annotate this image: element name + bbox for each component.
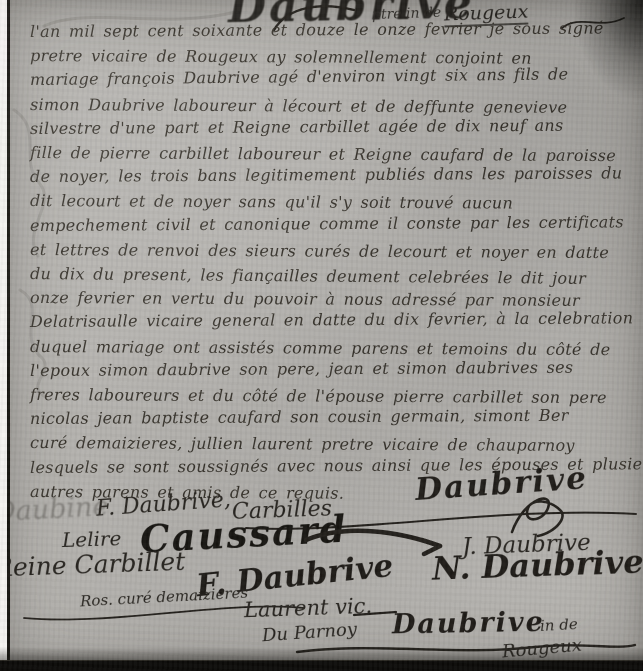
signature-reine-carbillet: Reine Carbillet — [0, 547, 186, 583]
manuscript-page: Daubrive ptre in de Rougeux l'an mil sep… — [0, 0, 643, 671]
manuscript-line: mariage françois Daubrive agé d'environ … — [30, 62, 637, 93]
signature-du-parnoy: Du Parnoy — [261, 619, 357, 647]
signature-n-daubrive: N. Daubrive — [431, 542, 643, 587]
manuscript-line: et lettres de renvoi des sieurs curés de… — [30, 238, 637, 265]
manuscript-line: l'an mil sept cent soixante et douze le … — [30, 16, 637, 44]
signature-daubrive-vicaire-rougeux: Daubrive — [392, 607, 545, 641]
signature-lelire: Lelire — [62, 526, 122, 552]
page-gutter-shadow — [0, 647, 643, 661]
manuscript-line: Delatrisaulle vicaire general en datte d… — [30, 307, 637, 335]
scan-bottom-edge — [0, 660, 643, 671]
scan-left-margin — [0, 0, 7, 671]
manuscript-line: empechement civil et canonique comme il … — [30, 210, 637, 238]
signature-fragment-in-de: in de — [540, 615, 579, 635]
manuscript-line: de noyer, les trois bans legitimement pu… — [30, 162, 637, 190]
signature-daubine-bleedthrough: Daubine — [0, 491, 109, 528]
page-edge-line — [7, 0, 10, 671]
manuscript-line: l'epoux simon daubrive son pere, jean et… — [30, 355, 637, 383]
scan-corner-shadow — [573, 0, 643, 100]
manuscript-line: nicolas jean baptiste caufard son cousin… — [30, 404, 637, 432]
manuscript-line: silvestre d'une part et Reigne carbillet… — [30, 113, 637, 141]
act-body: l'an mil sept cent soixante et douze le … — [30, 20, 637, 504]
signature-cure-demaizieres: Ros. curé demaizieres — [80, 584, 249, 611]
